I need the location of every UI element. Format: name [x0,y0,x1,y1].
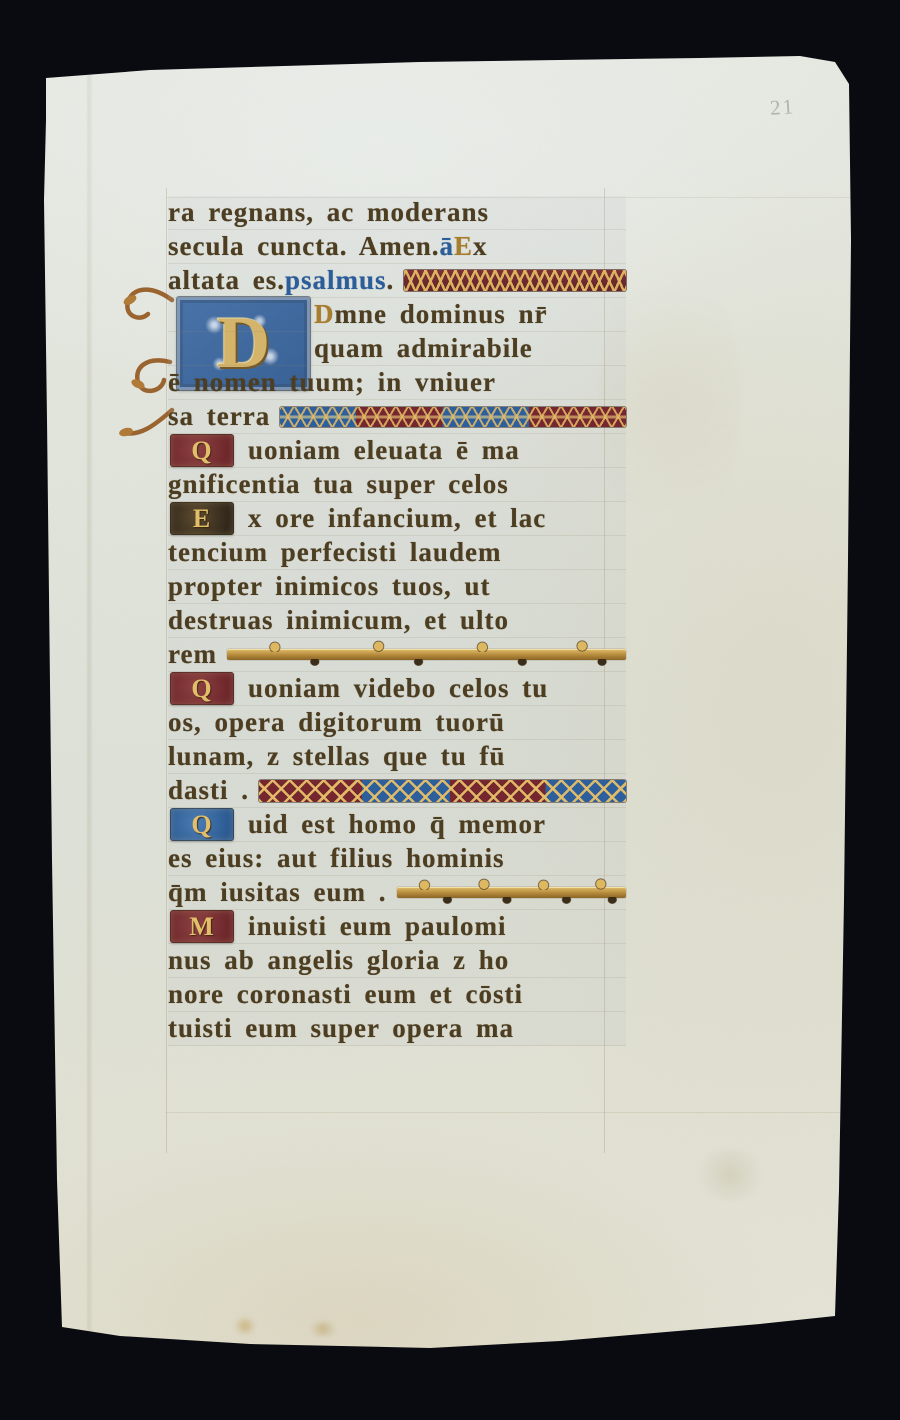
manuscript-text-line: nus ab angelis gloria z ho [168,944,626,978]
text-segment: sa terra [168,400,270,433]
illuminated-initial-Q: Q [170,808,234,841]
ruling-vertical-left [166,188,167,1153]
parchment-stain [232,1318,258,1334]
text-segment: gnificentia tua super celos [168,468,509,501]
text-segment: dasti . [168,774,249,807]
parchment-stain [690,1150,770,1200]
text-segment: propter inimicos tuos, ut [168,570,491,603]
text-segment: E [454,230,473,263]
illuminated-initial-M: M [170,910,234,943]
text-segment: lunam, z stellas que tu fū [168,740,506,773]
manuscript-text-line: Minuisti eum paulomi [168,910,626,944]
text-segment: D [314,298,335,331]
ruling-horizontal-bottom [166,1112,850,1113]
text-segment: quam admirabile [314,332,533,365]
manuscript-text-line: dasti . [168,774,626,808]
parchment-stain [306,1322,340,1336]
text-segment: uid est homo q̄ memor [248,808,546,841]
text-segment: psalmus [285,264,387,297]
text-segment: uoniam videbo celos tu [248,672,548,705]
folio-number: 21 [769,94,796,121]
manuscript-photo: 21 D ra regnans, ac moderanssecula cunct… [0,0,900,1420]
manuscript-text-line: propter inimicos tuos, ut [168,570,626,604]
manuscript-text-line: destruas inimicum, et ulto [168,604,626,638]
line-filler-branch-short-icon [397,887,626,898]
text-segment: nore coronasti eum et cōsti [168,978,523,1011]
text-segment: tencium perfecisti laudem [168,536,501,569]
text-segment: altata es. [168,264,285,297]
manuscript-text-line: Quid est homo q̄ memor [168,808,626,842]
text-segment: rem [168,638,217,671]
manuscript-text-line: os, opera digitorum tuorū [168,706,626,740]
manuscript-text-line: Dmne dominus nr̄ [168,298,626,332]
line-filler-vine-icon [280,407,626,427]
manuscript-text-line: secula cuncta. Amen. ā Ex [168,230,626,264]
illuminated-initial-Q: Q [170,672,234,705]
illuminated-initial-Q: Q [170,434,234,467]
manuscript-text-line: Quoniam eleuata ē ma [168,434,626,468]
text-segment: q̄m iusitas eum . [168,876,387,909]
text-segment: secula cuncta. Amen. [168,230,439,263]
text-segment: es eius: aut filius hominis [168,842,505,875]
manuscript-text-line: Ex ore infancium, et lac [168,502,626,536]
text-segment: . [387,264,395,297]
text-segment: ē nomen tuum; in vniuer [168,366,496,399]
text-segment: uoniam eleuata ē ma [248,434,520,467]
manuscript-text-line: ra regnans, ac moderans [168,196,626,230]
text-segment: mne dominus nr̄ [335,298,548,331]
manuscript-text-line: tencium perfecisti laudem [168,536,626,570]
text-segment: inuisti eum paulomi [248,910,507,943]
manuscript-text-line: sa terra [168,400,626,434]
text-segment: destruas inimicum, et ulto [168,604,509,637]
manuscript-text-line: quam admirabile [168,332,626,366]
text-segment: ā [439,230,454,263]
manuscript-text-line: tuisti eum super opera ma [168,1012,626,1046]
text-segment: tuisti eum super opera ma [168,1012,514,1045]
text-segment: x ore infancium, et lac [248,502,546,535]
manuscript-text-line: es eius: aut filius hominis [168,842,626,876]
manuscript-text-line: altata es. psalmus . [168,264,626,298]
manuscript-text-block: ra regnans, ac moderanssecula cuncta. Am… [168,196,626,1046]
manuscript-text-line: rem [168,638,626,672]
parchment-leaf: 21 D ra regnans, ac moderanssecula cunct… [0,0,900,1420]
line-filler-branch-long-icon [227,649,626,660]
text-segment: x [473,230,488,263]
text-segment: ra regnans, ac moderans [168,196,489,229]
manuscript-text-line: q̄m iusitas eum . [168,876,626,910]
line-filler-diamond-icon [259,780,626,802]
text-segment: nus ab angelis gloria z ho [168,944,509,977]
text-segment: os, opera digitorum tuorū [168,706,505,739]
manuscript-text-line: ē nomen tuum; in vniuer [168,366,626,400]
manuscript-text-line: gnificentia tua super celos [168,468,626,502]
manuscript-text-line: Quoniam videbo celos tu [168,672,626,706]
line-filler-braid-icon [404,270,626,291]
illuminated-initial-E: E [170,502,234,535]
manuscript-text-line: nore coronasti eum et cōsti [168,978,626,1012]
manuscript-text-line: lunam, z stellas que tu fū [168,740,626,774]
